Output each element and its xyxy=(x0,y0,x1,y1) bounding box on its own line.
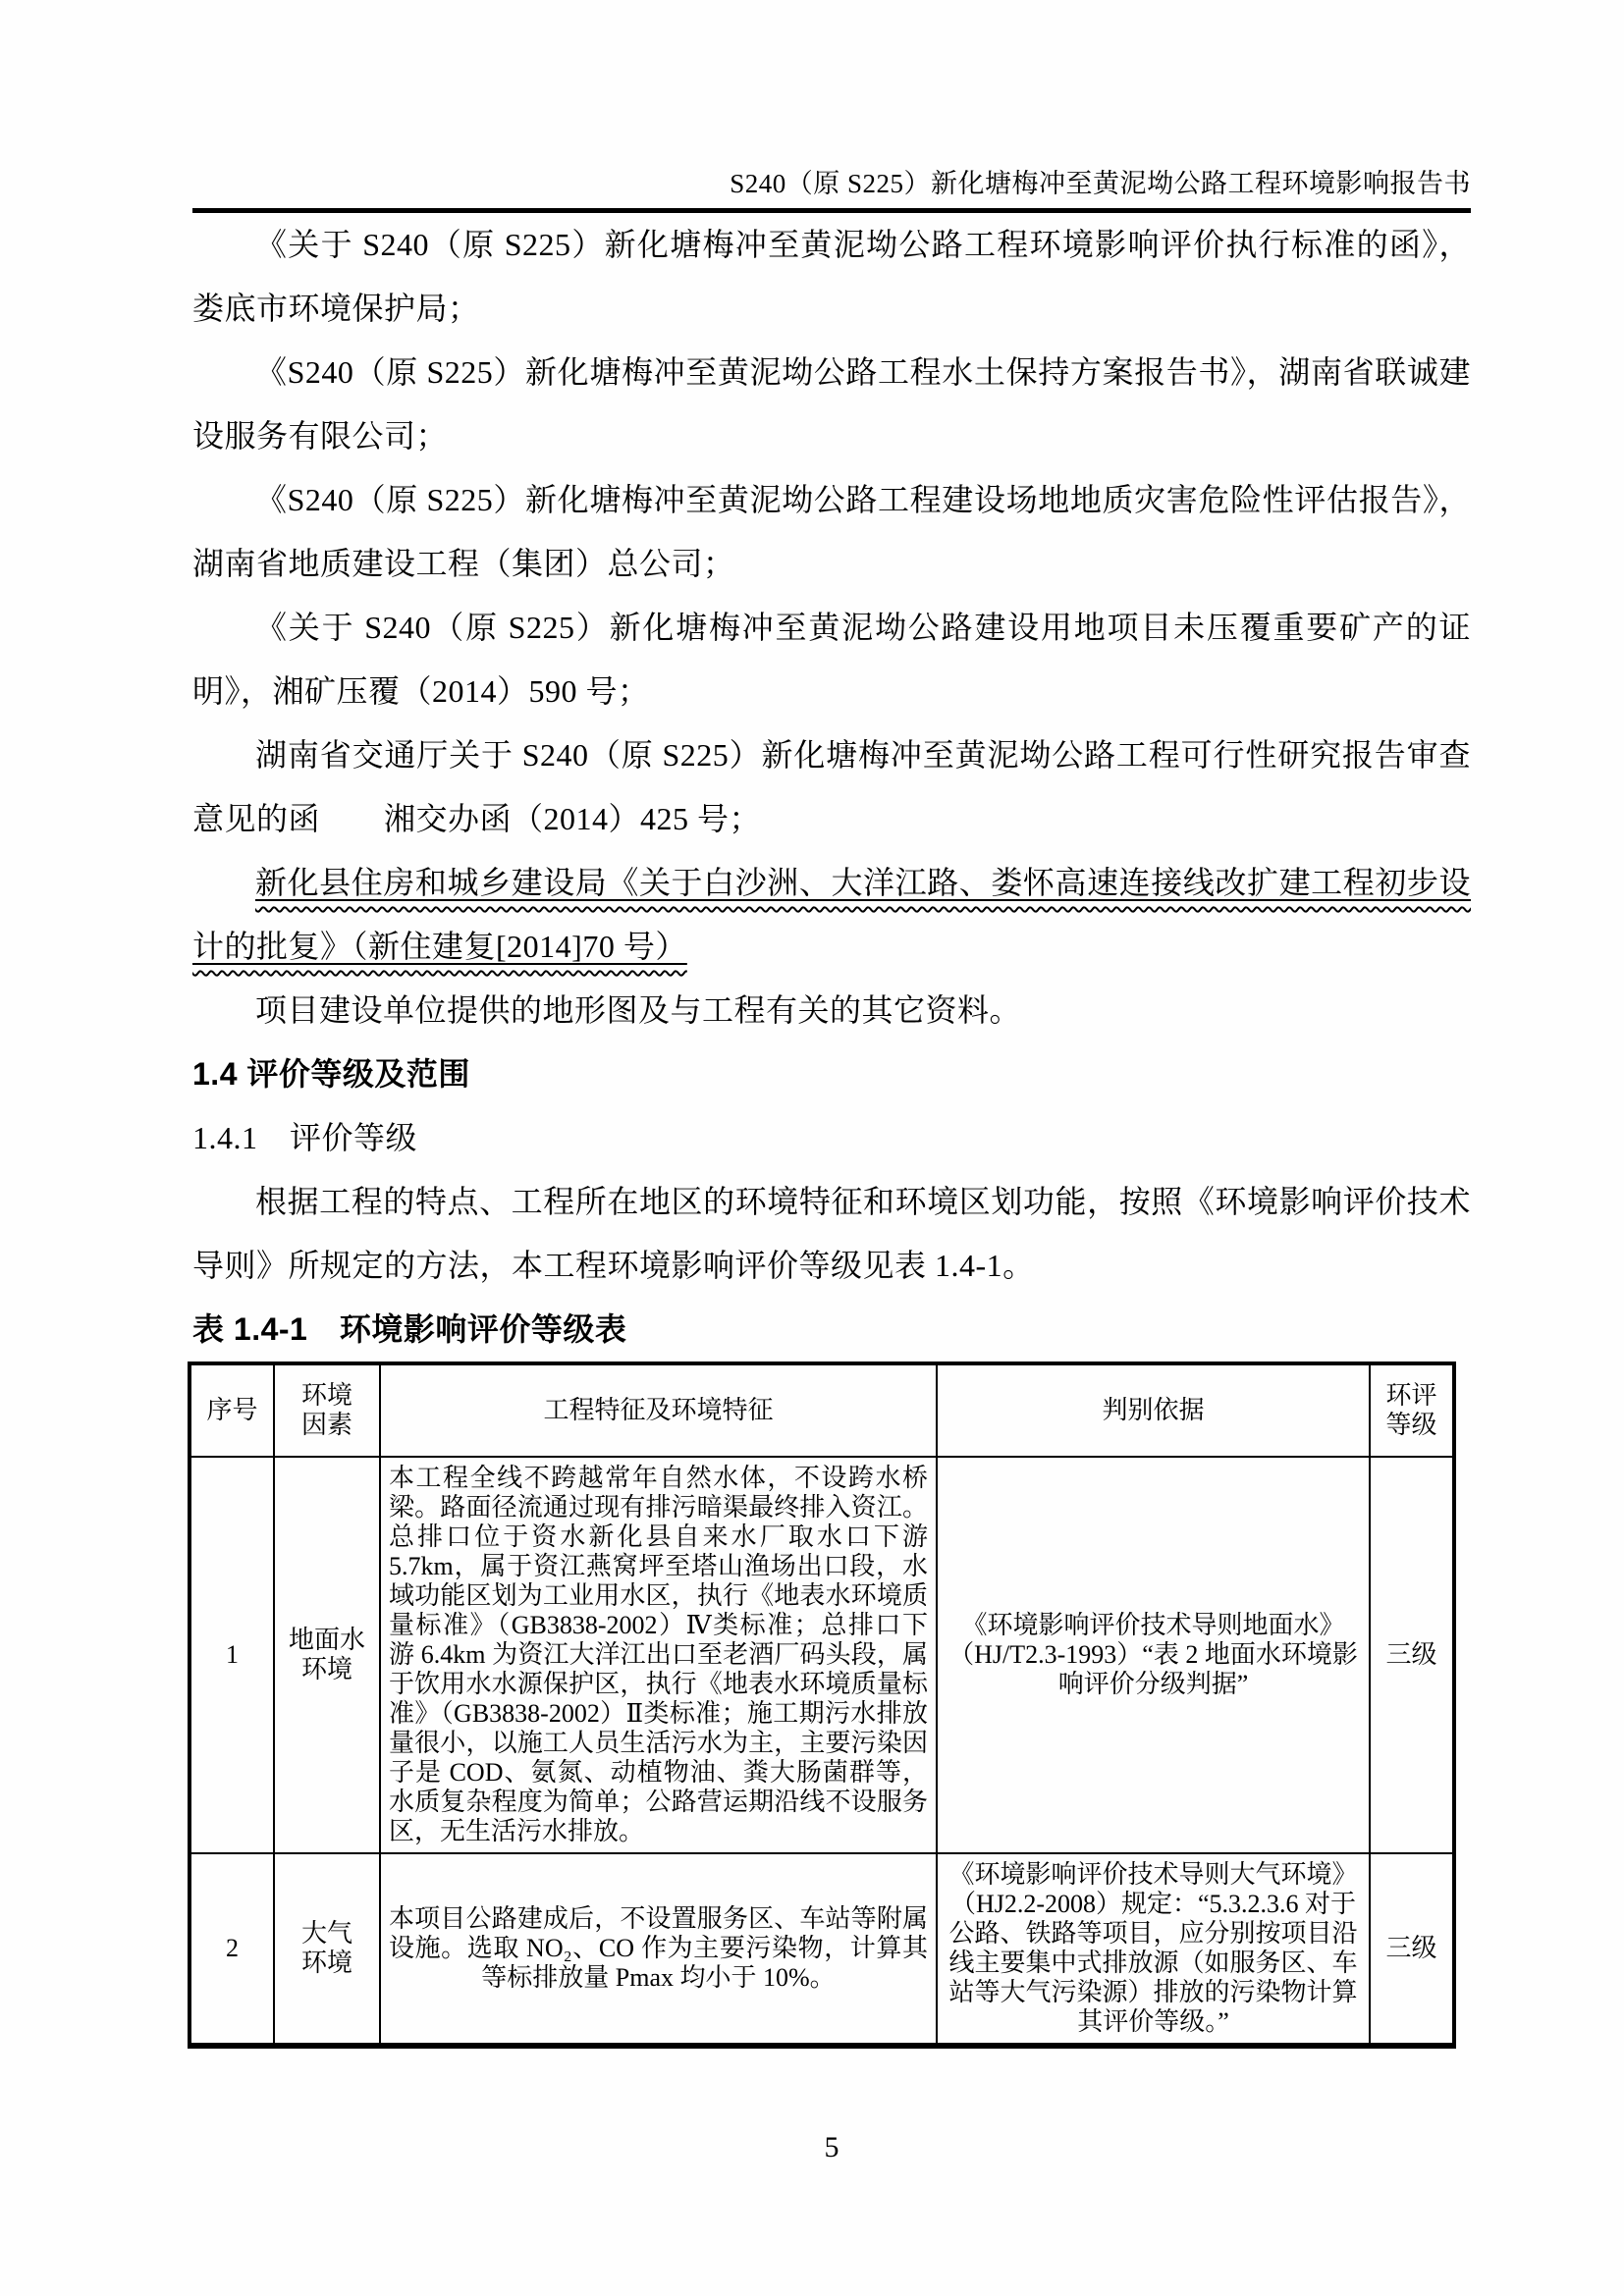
cell-serial-1: 1 xyxy=(189,1457,274,1853)
column-header-features: 工程特征及环境特征 xyxy=(380,1363,937,1457)
cell-factor-air: 大气 环境 xyxy=(274,1853,380,2046)
cell-basis-air: 《环境影响评价技术导则大气环境》（HJ2.2-2008）规定：“5.3.2.3.… xyxy=(937,1853,1370,2046)
table-row-surface-water: 1 地面水 环境 本工程全线不跨越常年自然水体，不设跨水桥梁。路面径流通过现有排… xyxy=(189,1457,1454,1853)
evaluation-grade-table: 序号 环境 因素 工程特征及环境特征 判别依据 环评 等级 1 地面水 环境 本… xyxy=(188,1362,1456,2049)
reference-paragraph-1: 《关于 S240（原 S225）新化塘梅冲至黄泥坳公路工程环境影响评价执行标准的… xyxy=(192,213,1471,341)
revision-wavy-underline: 新化县住房和城乡建设局《关于白沙洲、大洋江路、娄怀高速连接线改扩建工程初步设计的… xyxy=(192,865,1471,964)
table-header-row: 序号 环境 因素 工程特征及环境特征 判别依据 环评 等级 xyxy=(189,1363,1454,1457)
column-header-factor: 环境 因素 xyxy=(274,1363,380,1457)
report-page: S240（原 S225）新化塘梅冲至黄泥坳公路工程环境影响报告书 《关于 S24… xyxy=(0,0,1624,2296)
cell-grade-air: 三级 xyxy=(1370,1853,1454,2046)
column-header-serial: 序号 xyxy=(189,1363,274,1457)
subsection-intro-paragraph: 根据工程的特点、工程所在地区的环境特征和环境区划功能，按照《环境影响评价技术导则… xyxy=(192,1170,1471,1298)
column-header-grade: 环评 等级 xyxy=(1370,1363,1454,1457)
table-row-air: 2 大气 环境 本项目公路建成后，不设置服务区、车站等附属设施。选取 NO₂、C… xyxy=(189,1853,1454,2046)
reference-paragraph-revision: 新化县住房和城乡建设局《关于白沙洲、大洋江路、娄怀高速连接线改扩建工程初步设计的… xyxy=(192,851,1471,979)
cell-grade-surface-water: 三级 xyxy=(1370,1457,1454,1853)
running-header-title: S240（原 S225）新化塘梅冲至黄泥坳公路工程环境影响报告书 xyxy=(192,163,1471,204)
cell-features-surface-water: 本工程全线不跨越常年自然水体，不设跨水桥梁。路面径流通过现有排污暗渠最终排入资江… xyxy=(380,1457,937,1853)
cell-serial-2: 2 xyxy=(189,1853,274,2046)
subsection-heading-1-4-1: 1.4.1 评价等级 xyxy=(192,1106,1471,1170)
document-body: 《关于 S240（原 S225）新化塘梅冲至黄泥坳公路工程环境影响评价执行标准的… xyxy=(192,213,1471,1362)
section-heading-1-4: 1.4 评价等级及范围 xyxy=(192,1042,1471,1106)
cell-features-air: 本项目公路建成后，不设置服务区、车站等附属设施。选取 NO₂、CO 作为主要污染… xyxy=(380,1853,937,2046)
reference-paragraph-4: 《关于 S240（原 S225）新化塘梅冲至黄泥坳公路建设用地项目未压覆重要矿产… xyxy=(192,596,1471,723)
reference-paragraph-3: 《S240（原 S225）新化塘梅冲至黄泥坳公路工程建设场地地质灾害危险性评估报… xyxy=(192,468,1471,596)
table-caption: 表 1.4-1 环境影响评价等级表 xyxy=(192,1298,1471,1362)
revision-underlined-text: 新化县住房和城乡建设局《关于白沙洲、大洋江路、娄怀高速连接线改扩建工程初步设计的… xyxy=(192,865,1471,964)
page-number: 5 xyxy=(192,2125,1471,2169)
cell-basis-surface-water: 《环境影响评价技术导则地面水》（HJ/T2.3-1993）“表 2 地面水环境影… xyxy=(937,1457,1370,1853)
cell-factor-surface-water: 地面水 环境 xyxy=(274,1457,380,1853)
reference-paragraph-7: 项目建设单位提供的地形图及与工程有关的其它资料。 xyxy=(192,979,1471,1042)
column-header-basis: 判别依据 xyxy=(937,1363,1370,1457)
reference-paragraph-2: 《S240（原 S225）新化塘梅冲至黄泥坳公路工程水土保持方案报告书》，湖南省… xyxy=(192,341,1471,468)
reference-paragraph-5: 湖南省交通厅关于 S240（原 S225）新化塘梅冲至黄泥坳公路工程可行性研究报… xyxy=(192,723,1471,851)
